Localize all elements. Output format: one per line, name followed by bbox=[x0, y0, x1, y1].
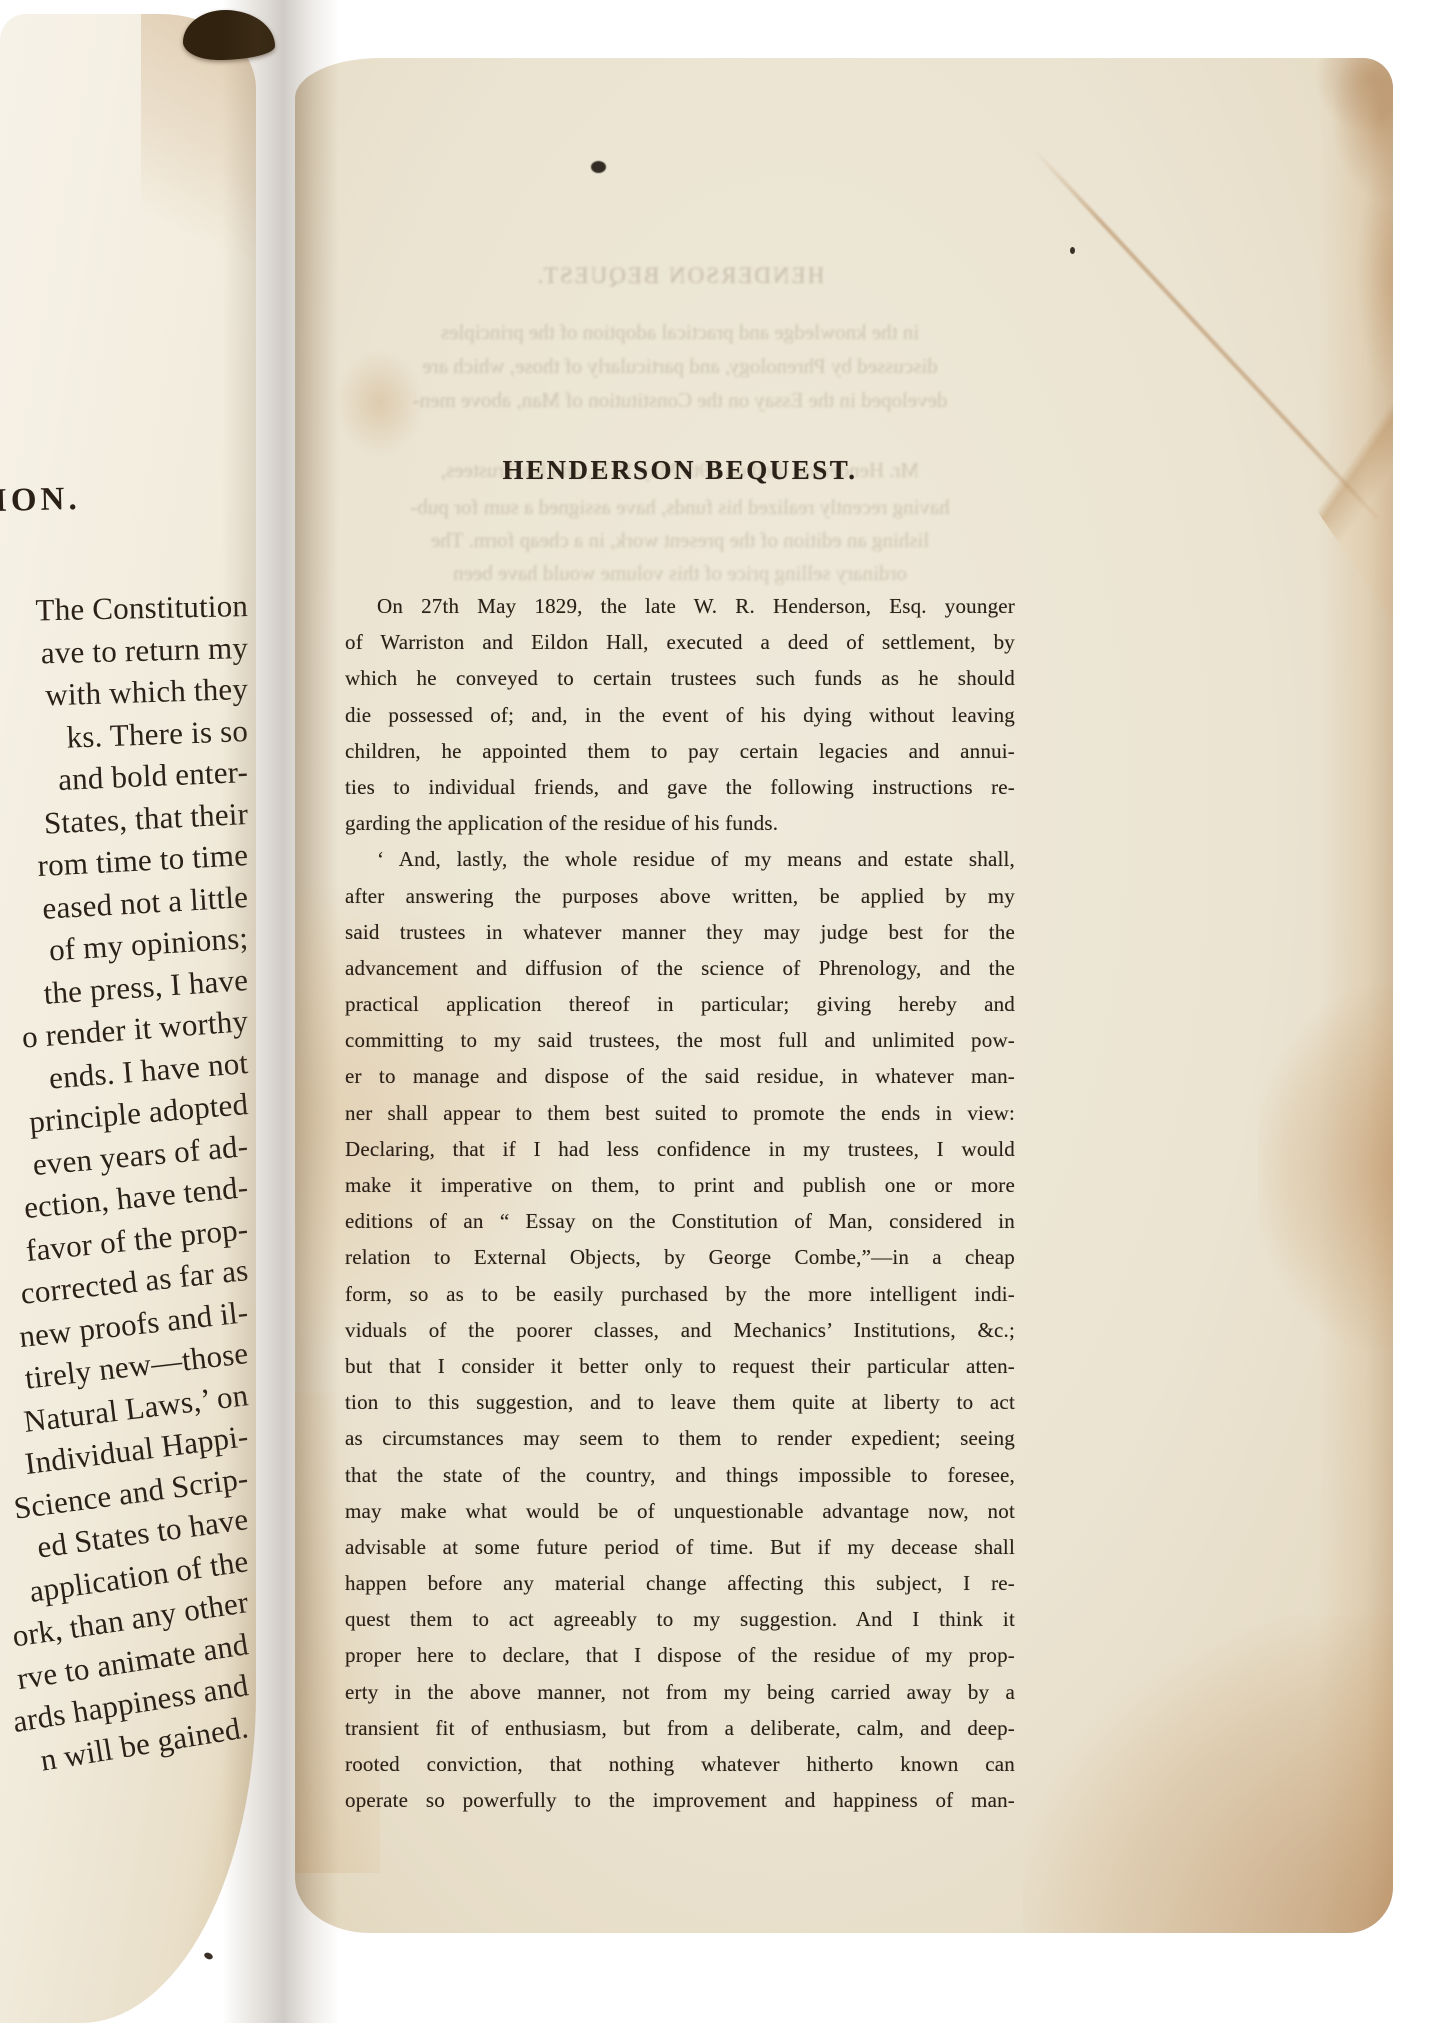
body-text-line: but that I consider it better only to re… bbox=[345, 1348, 1015, 1384]
book-photo: ION. The Constitutionave to return mywit… bbox=[0, 0, 1445, 2023]
body-text-line: as circumstances may seem to them to ren… bbox=[345, 1420, 1015, 1456]
body-text-line: relation to External Objects, by George … bbox=[345, 1239, 1015, 1275]
paragraph-introduction: On 27th May 1829, the late W. R. Henders… bbox=[345, 588, 1015, 841]
body-text-line: make it imperative on them, to print and… bbox=[345, 1167, 1015, 1203]
body-text-line: tion to this suggestion, and to leave th… bbox=[345, 1384, 1015, 1420]
left-page-heading-fragment: ION. bbox=[0, 481, 81, 520]
gutter-edge-shade bbox=[295, 58, 337, 1933]
paper-stain bbox=[1023, 1615, 1393, 1933]
body-text-line: committing to my said trustees, the most… bbox=[345, 1022, 1015, 1058]
page-title: HENDERSON BEQUEST. bbox=[345, 455, 1015, 486]
book-spine-fragment bbox=[183, 10, 275, 60]
body-text-line: viduals of the poorer classes, and Mecha… bbox=[345, 1312, 1015, 1348]
left-page-text-fragments: The Constitutionave to return mywith whi… bbox=[0, 585, 248, 1747]
body-text-line: after answering the purposes above writt… bbox=[345, 878, 1015, 914]
ghost-text-line: ordinary selling price of this volume wo… bbox=[345, 561, 1015, 586]
ghost-text-line: in the knowledge and practical adoption … bbox=[345, 320, 1015, 345]
body-text-line: practical application thereof in particu… bbox=[345, 986, 1015, 1022]
paper-stain bbox=[1318, 58, 1393, 1933]
paper-stain bbox=[1258, 988, 1393, 1348]
ghost-text-line: lishing an edition of the present work, … bbox=[345, 528, 1015, 553]
body-text-line: that the state of the country, and thing… bbox=[345, 1457, 1015, 1493]
paper-stain bbox=[1243, 58, 1393, 538]
ghost-text-line: having recently realized his funds, have… bbox=[345, 495, 1015, 520]
body-text-line: ties to individual friends, and gave the… bbox=[345, 769, 1015, 805]
body-text-line: Declaring, that if I had less confidence… bbox=[345, 1131, 1015, 1167]
body-text-line: ‘ And, lastly, the whole residue of my m… bbox=[345, 841, 1015, 877]
paper-speck bbox=[203, 1951, 214, 1960]
body-text-line: die possessed of; and, in the event of h… bbox=[345, 697, 1015, 733]
body-text-line: may make what would be of unquestionable… bbox=[345, 1493, 1015, 1529]
body-text-line: transient fit of enthusiasm, but from a … bbox=[345, 1710, 1015, 1746]
left-page: ION. The Constitutionave to return mywit… bbox=[0, 14, 256, 2023]
ghost-text-line: HENDERSON BEQUEST. bbox=[345, 263, 1015, 289]
body-text-line: ner shall appear to them best suited to … bbox=[345, 1095, 1015, 1131]
body-text-line: advisable at some future period of time.… bbox=[345, 1529, 1015, 1565]
body-text-line: quest them to act agreeably to my sugges… bbox=[345, 1601, 1015, 1637]
body-text-line: garding the application of the residue o… bbox=[345, 805, 1015, 841]
right-page: HENDERSON BEQUEST.in the knowledge and p… bbox=[295, 58, 1393, 1933]
ghost-text-line: developed in the Essay on the Constituti… bbox=[345, 388, 1015, 413]
body-text-line: form, so as to be easily purchased by th… bbox=[345, 1276, 1015, 1312]
paragraph-bequest-quote: ‘ And, lastly, the whole residue of my m… bbox=[345, 841, 1015, 1818]
body-text-line: erty in the above manner, not from my be… bbox=[345, 1674, 1015, 1710]
body-text-line: children, he appointed them to pay certa… bbox=[345, 733, 1015, 769]
fold-crease-line bbox=[1032, 148, 1379, 520]
body-text-line: editions of an “ Essay on the Constituti… bbox=[345, 1203, 1015, 1239]
body-text-line: happen before any material change affect… bbox=[345, 1565, 1015, 1601]
body-text-line: which he conveyed to certain trustees su… bbox=[345, 660, 1015, 696]
body-text-line: of Warriston and Eildon Hall, executed a… bbox=[345, 624, 1015, 660]
body-text-line: On 27th May 1829, the late W. R. Henders… bbox=[345, 588, 1015, 624]
body-text-line: rooted conviction, that nothing whatever… bbox=[345, 1746, 1015, 1782]
body-text-line: er to manage and dispose of the said res… bbox=[345, 1058, 1015, 1094]
body-text-line: advancement and diffusion of the science… bbox=[345, 950, 1015, 986]
body-text-line: said trustees in whatever manner they ma… bbox=[345, 914, 1015, 950]
body-text-line: proper here to declare, that I dispose o… bbox=[345, 1637, 1015, 1673]
paper-speck bbox=[1070, 247, 1075, 254]
ink-spot bbox=[591, 161, 606, 173]
ghost-text-line: discussed by Phrenology, and particularl… bbox=[345, 354, 1015, 379]
body-text-line: operate so powerfully to the improvement… bbox=[345, 1782, 1015, 1818]
text-column: On 27th May 1829, the late W. R. Henders… bbox=[345, 588, 1015, 1818]
